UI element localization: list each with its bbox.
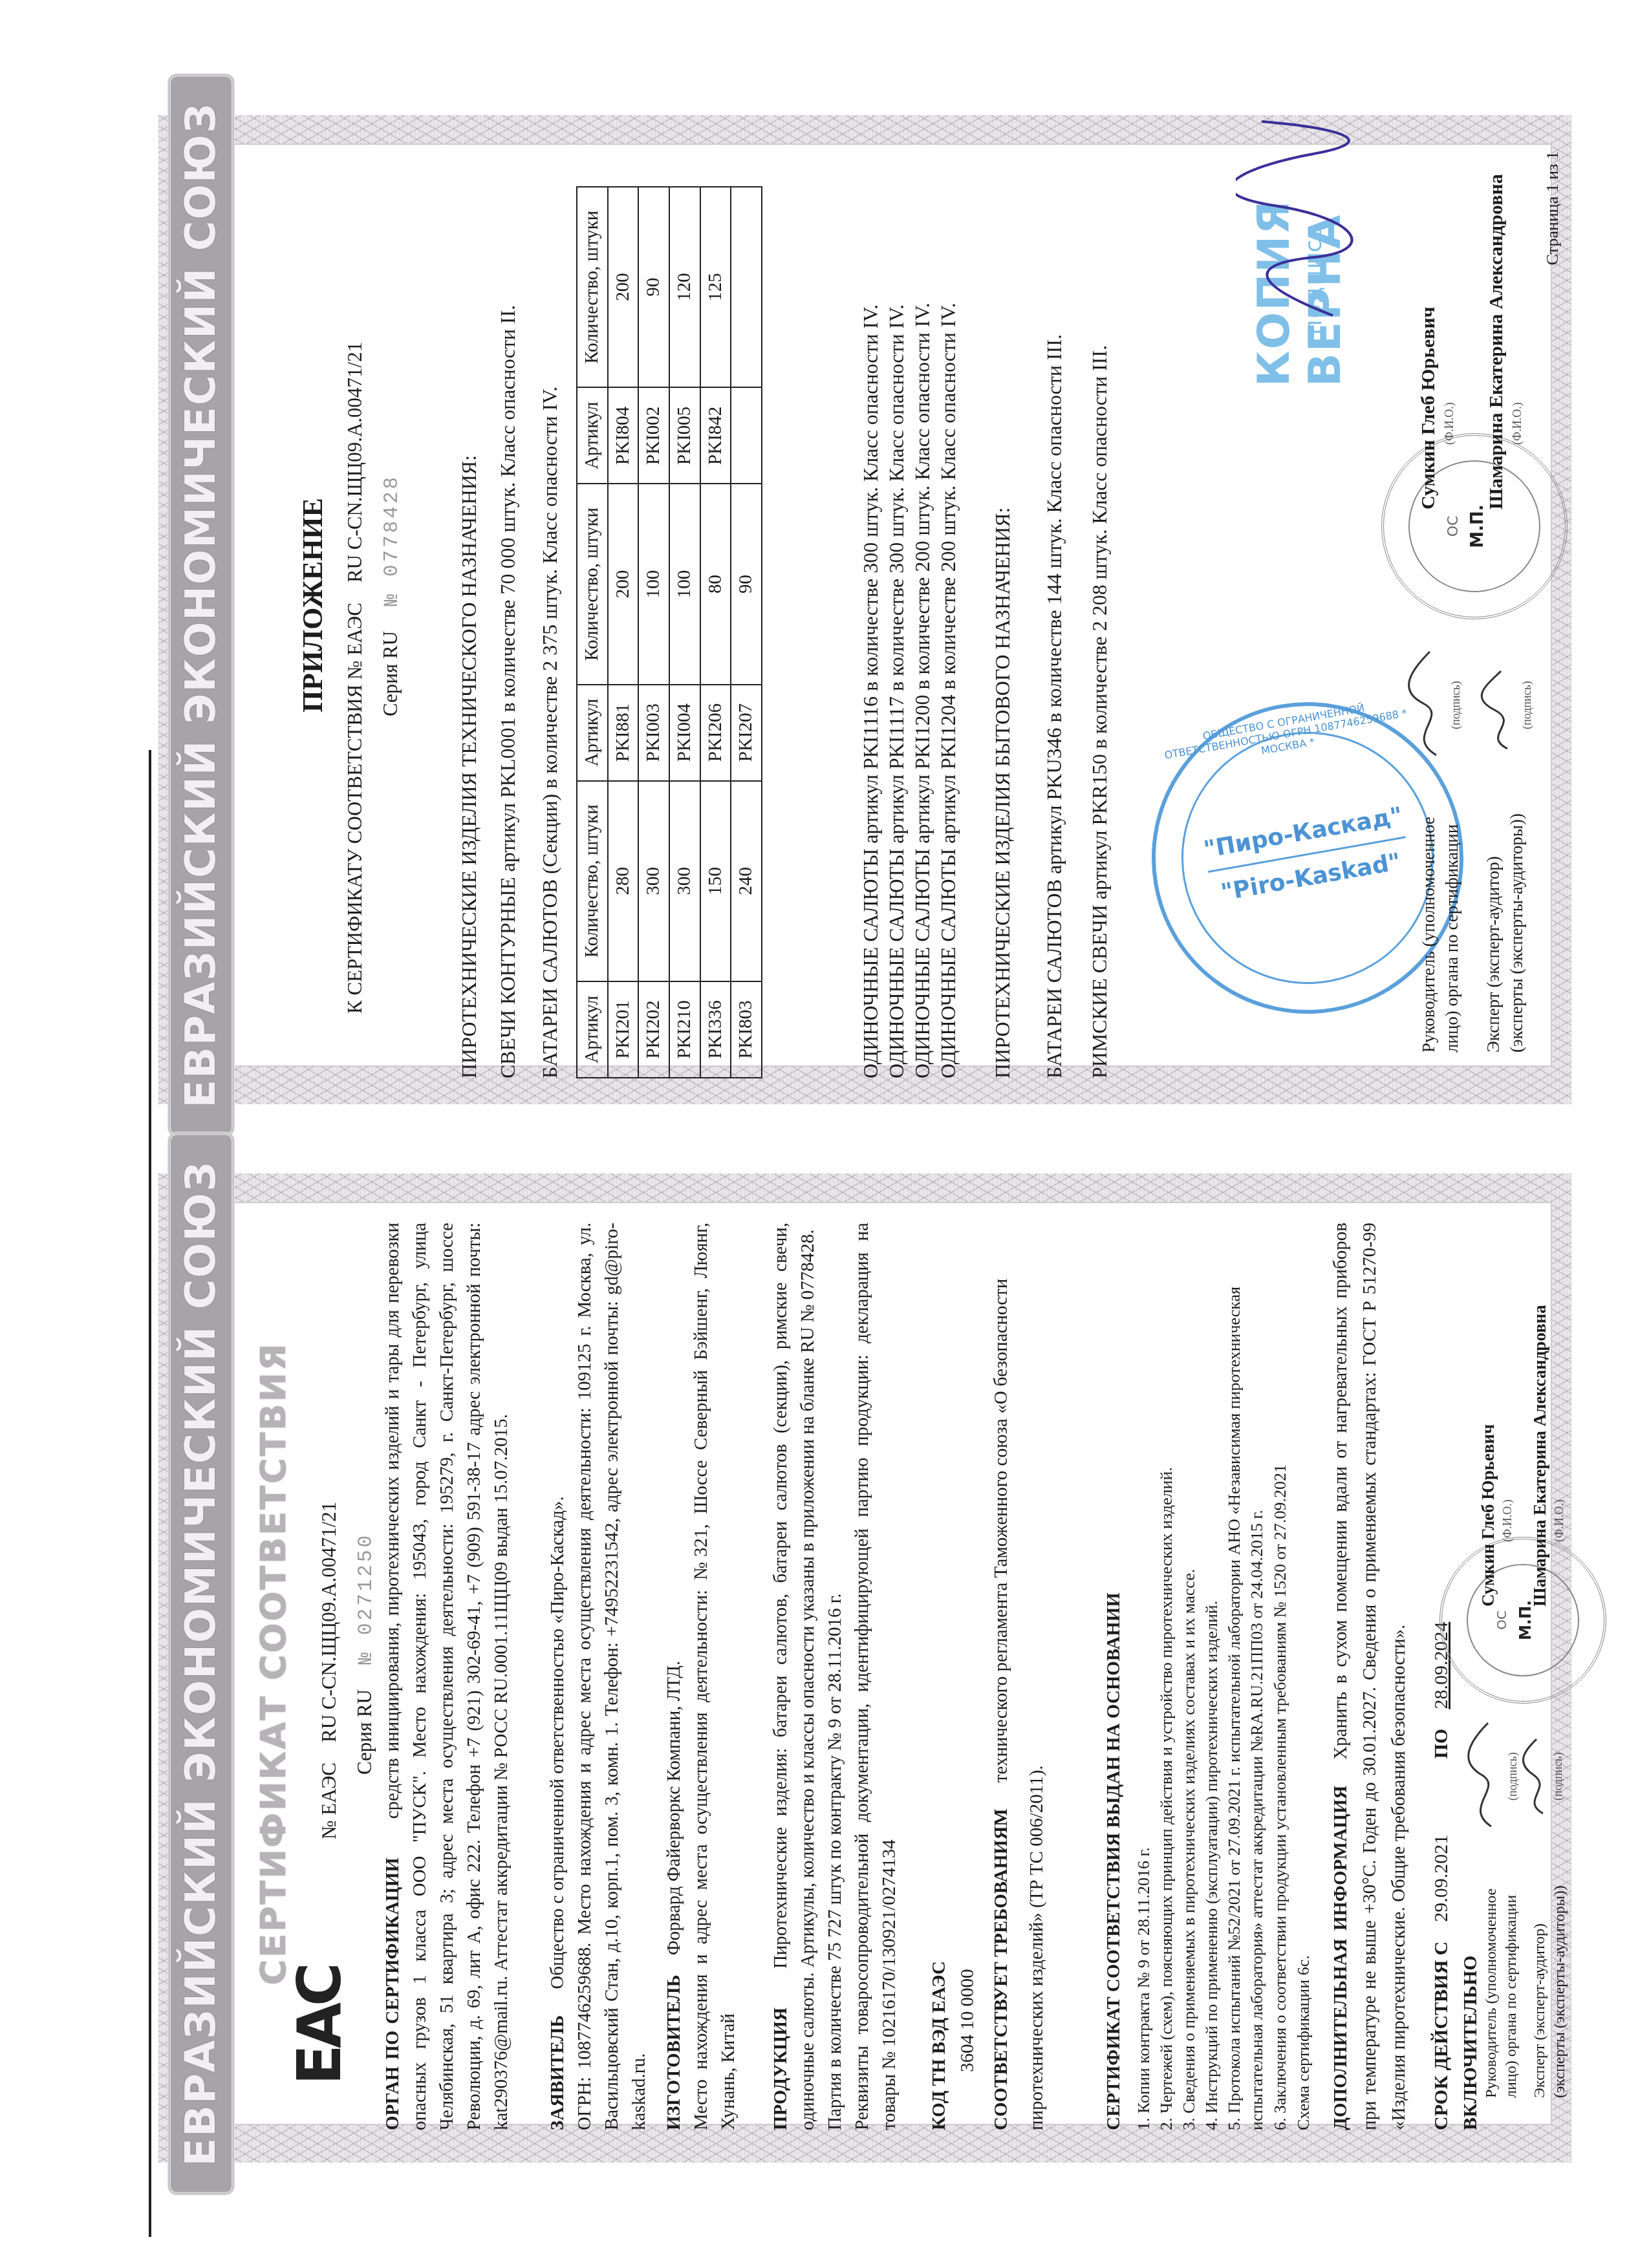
list-item: ОДИНОЧНЫЕ САЛЮТЫ артикул PKI1204 в колич…	[935, 303, 961, 1078]
table-cell: 300	[669, 781, 700, 981]
applicant-section: ЗАЯВИТЕЛЬОбщество с ограниченной ответст…	[544, 1223, 652, 2130]
section-technical: ПИРОТЕХНИЧЕСКИЕ ИЗДЕЛИЯ ТЕХНИЧЕСКОГО НАЗ…	[453, 455, 484, 1078]
table-cell: PKI804	[608, 387, 639, 484]
head-name: Сумкин Глеб Юрьевич	[1414, 306, 1443, 509]
table-header: Количество, штуки	[577, 187, 608, 387]
blank-number: № 0271250	[355, 1533, 378, 1664]
list-item: ОДИНОЧНЫЕ САЛЮТЫ артикул PKI1116 в колич…	[857, 303, 883, 1078]
list-item: ОДИНОЧНЫЕ САЛЮТЫ артикул PKI1117 в колич…	[883, 303, 909, 1078]
inclusive-label: ВКЛЮЧИТЕЛЬНО	[1460, 1955, 1481, 2130]
expert-signature-icon	[1475, 665, 1527, 755]
list-item: ОДИНОЧНЫЕ САЛЮТЫ артикул PKI1200 в колич…	[909, 303, 935, 1078]
list-item: 5. Протокола испытаний №52/2021 от 27.09…	[1223, 1223, 1268, 2130]
table-cell: 90	[638, 187, 669, 387]
union-banner: ЕВРАЗИЙСКИЙ ЭКОНОМИЧЕСКИЙ СОЮЗ	[167, 73, 235, 1137]
cert-number: RU C-CN.ЩЦ09.А.00471/21	[343, 342, 366, 583]
line-svechi: СВЕЧИ КОНТУРНЫЕ артикул PKL0001 в количе…	[492, 305, 523, 1078]
manufacturer-details: Место нахождения и адрес места осуществл…	[691, 1223, 738, 2130]
line-batarei: БАТАРЕИ САЛЮТОВ (Секции) в количестве 2 …	[534, 387, 565, 1078]
stamp-ring-text: ОБЩЕСТВО С ОГРАНИЧЕННОЙ ОТВЕТСТВЕННОСТЬЮ…	[1146, 692, 1426, 776]
cert-number: RU C-CN.ЩЦ09.А.00471/21	[318, 1502, 340, 1742]
list-item: 1. Копии контракта № 9 от 28.11.2016 г.	[1132, 1223, 1155, 2130]
appendix-page: ЕВРАЗИЙСКИЙ ЭКОНОМИЧЕСКИЙ СОЮЗ ПРИЛОЖЕНИ…	[158, 115, 1571, 1104]
table-cell: PKI210	[669, 981, 700, 1078]
table-cell: PKI201	[608, 981, 639, 1078]
table-cell: 100	[669, 484, 700, 684]
table-cell	[731, 187, 762, 387]
table-cell: 280	[608, 781, 639, 981]
table-cell: 90	[731, 484, 762, 684]
tn-ved-label: КОД ТН ВЭД ЕАЭС	[929, 1961, 949, 2130]
applicant-details: ОГРН: 1087746259688. Место нахождения и …	[574, 1223, 649, 2130]
list-item: 6. Заключения о соответствии продукции у…	[1269, 1223, 1291, 2130]
table-header: Количество, штуки	[577, 484, 608, 684]
product-section: ПРОДУКЦИЯПиротехнические изделия: батаре…	[767, 1223, 903, 2130]
head-name: Сумкин Глеб Юрьевич	[1475, 1424, 1502, 1607]
table-cell: 200	[608, 484, 639, 684]
eac-mark: EAC	[285, 1966, 354, 2085]
table-cell: PKI842	[700, 387, 731, 484]
validity-label: СРОК ДЕЙСТВИЯ С	[1430, 1942, 1452, 2130]
table-cell: 125	[700, 187, 731, 387]
cert-ref: К СЕРТИФИКАТУ СООТВЕТСТВИЯ № ЕАЭС RU C-C…	[340, 342, 371, 1014]
table-cell: 150	[700, 781, 731, 981]
basis-label: СЕРТИФИКАТ СООТВЕТСТВИЯ ВЫДАН НА ОСНОВАН…	[1100, 1592, 1128, 2130]
head-label: Руководитель (уполномоченное лицо) орган…	[1417, 817, 1464, 1053]
union-banner: ЕВРАЗИЙСКИЙ ЭКОНОМИЧЕСКИЙ СОЮЗ	[167, 1131, 235, 2195]
table-cell: 100	[638, 484, 669, 684]
list-item: 3. Сведения о применяемых в пиротехничес…	[1178, 1223, 1200, 2130]
table-row: PKI210300PKI004100PKI005120	[669, 187, 700, 1078]
table-header: Артикул	[577, 981, 608, 1078]
applicant-label: ЗАЯВИТЕЛЬ	[547, 2015, 568, 2130]
basis-list: 1. Копии контракта № 9 от 28.11.2016 г.2…	[1132, 1223, 1291, 2130]
applicant-text: Общество с ограниченной ответственностью…	[547, 1496, 568, 1989]
product-label: ПРОДУКЦИЯ	[770, 2007, 791, 2130]
certification-body-stamp: ОС М.П.	[1439, 1537, 1606, 1704]
expert-name: Шамарина Екатерина Александровна	[1527, 1305, 1553, 1607]
articles-table: АртикулКоличество, штукиАртикулКоличеств…	[576, 186, 762, 1078]
table-cell: PKI002	[638, 387, 669, 484]
valid-from: 29.09.2021	[1430, 1835, 1452, 1922]
table-cell: PKI005	[669, 387, 700, 484]
table-header: Количество, штуки	[577, 781, 608, 981]
table-row: PKI201280PKI881200PKI804200	[608, 187, 639, 1078]
table-cell: PKI207	[731, 685, 762, 781]
certificate-content: ЕВРАЗИЙСКИЙ ЭКОНОМИЧЕСКИЙ СОЮЗ СЕРТИФИКА…	[180, 1202, 1552, 2125]
organ-section: ОРГАН ПО СЕРТИФИКАЦИИсредств инициирован…	[379, 1223, 515, 2130]
section-household: ПИРОТЕХНИЧЕСКИЕ ИЗДЕЛИЯ БЫТОВОГО НАЗНАЧЕ…	[987, 508, 1018, 1078]
expert-signature-icon	[1517, 1736, 1556, 1820]
docs-text: Реквизиты товаросопроводительной докумен…	[852, 1223, 900, 2130]
blank-number: № 0778428	[381, 475, 404, 606]
table-cell: 300	[638, 781, 669, 981]
certification-body-stamp: ОС М.П.	[1381, 433, 1568, 619]
table-cell: 120	[669, 187, 700, 387]
appendix-title: ПРИЛОЖЕНИЕ	[292, 145, 334, 1065]
table-cell: PKI881	[608, 685, 639, 781]
certificate-subtitle: СЕРТИФИКАТ СООТВЕТСТВИЯ	[253, 1342, 294, 1985]
head-signature-icon	[1397, 645, 1456, 762]
valid-to-label: ПО	[1430, 1729, 1452, 1759]
complies-section: СООТВЕТСТВУЕТ ТРЕБОВАНИЯМтехнического ре…	[984, 1223, 1055, 2130]
cert-ref-label: К СЕРТИФИКАТУ СООТВЕТСТВИЯ № ЕАЭС	[343, 603, 366, 1014]
product-text: Пиротехнические изделия: батареи салютов…	[770, 1223, 818, 2130]
line-household-batarei: БАТАРЕИ САЛЮТОВ артикул PKU346 в количес…	[1039, 334, 1070, 1078]
additional-label: ДОПОЛНИТЕЛЬНАЯ ИНФОРМАЦИЯ	[1330, 1786, 1351, 2130]
table-cell: PKI206	[700, 685, 731, 781]
binding-edge-line	[149, 750, 151, 2237]
series-label: Серия RU	[379, 631, 402, 716]
cert-number-line: № ЕАЭС RU C-CN.ЩЦ09.А.00471/21	[314, 1502, 345, 1839]
appendix-content: ЕВРАЗИЙСКИЙ ЭКОНОМИЧЕСКИЙ СОЮЗ ПРИЛОЖЕНИ…	[180, 144, 1552, 1067]
head-label: Руководитель (уполномоченное лицо) орган…	[1482, 1888, 1522, 2098]
manufacturer-section: ИЗГОТОВИТЕЛЬФорвард Файерворкс Компани, …	[660, 1223, 742, 2130]
series-label: Серия RU	[353, 1689, 376, 1775]
series-line: Серия RU № 0778428	[376, 475, 408, 716]
expert-label: Эксперт (эксперт-аудитор) (эксперты (экс…	[1482, 813, 1529, 1053]
table-header: Артикул	[577, 685, 608, 781]
list-item: 4. Инструкций по применению (эксплуатаци…	[1200, 1223, 1223, 2130]
tn-ved-code: 3604 10 0000	[957, 1969, 978, 2073]
organ-label: ОРГАН ПО СЕРТИФИКАЦИИ	[382, 1857, 403, 2130]
list-item: 2. Чертежей (схем), поясняющих принцип д…	[1155, 1223, 1178, 2130]
scheme-text: Схема сертификации 6с.	[1291, 1955, 1316, 2130]
batch-text: Партия в количестве 75 727 штук по контр…	[824, 1593, 845, 2130]
sign-caption: (подпись)	[1449, 681, 1463, 729]
additional-section: ДОПОЛНИТЕЛЬНАЯ ИНФОРМАЦИЯХранить в сухом…	[1326, 1223, 1414, 2130]
series-line: Серия RU № 0271250	[350, 1533, 382, 1775]
tn-ved-section: КОД ТН ВЭД ЕАЭС 3604 10 0000	[925, 1961, 982, 2130]
expert-label: Эксперт (эксперт-аудитор) (эксперты (экс…	[1530, 1885, 1570, 2098]
table-cell: PKI803	[731, 981, 762, 1078]
table-cell: 80	[700, 484, 731, 684]
table-cell: PKI003	[638, 685, 669, 781]
line-roman-candles: РИМСКИЕ СВЕЧИ артикул PKR150 в количеств…	[1084, 345, 1115, 1078]
handwritten-signature-icon	[1236, 115, 1365, 322]
single-salutes-list: ОДИНОЧНЫЕ САЛЮТЫ артикул PKI1116 в колич…	[857, 303, 961, 1078]
validity-section: СРОК ДЕЙСТВИЯ С 29.09.2021 ПО 28.09.2024…	[1427, 1622, 1485, 2130]
complies-label: СООТВЕТСТВУЕТ ТРЕБОВАНИЯМ	[991, 1808, 1011, 2130]
table-row: PKI202300PKI003100PKI00290	[638, 187, 669, 1078]
table-cell: PKI336	[700, 981, 731, 1078]
cert-label: № ЕАЭС	[318, 1762, 340, 1839]
certificate-page: ЕВРАЗИЙСКИЙ ЭКОНОМИЧЕСКИЙ СОЮЗ СЕРТИФИКА…	[158, 1173, 1571, 2163]
table-cell: 200	[608, 187, 639, 387]
table-header: Артикул	[577, 387, 608, 484]
table-cell	[731, 387, 762, 484]
manufacturer-text: Форвард Файерворкс Компани, ЛТД.	[663, 1661, 684, 1956]
table-cell: PKI202	[638, 981, 669, 1078]
expert-name: Шамарина Екатерина Александровна	[1482, 174, 1511, 509]
manufacturer-label: ИЗГОТОВИТЕЛЬ	[663, 1974, 684, 2130]
page-footer: Страница 1 из 1	[1540, 151, 1565, 265]
table-row: PKI336150PKI20680PKI842125	[700, 187, 731, 1078]
table-cell: PKI004	[669, 685, 700, 781]
table-row: PKI803240PKI20790	[731, 187, 762, 1078]
head-signature-icon	[1459, 1717, 1511, 1833]
table-cell: 240	[731, 781, 762, 981]
